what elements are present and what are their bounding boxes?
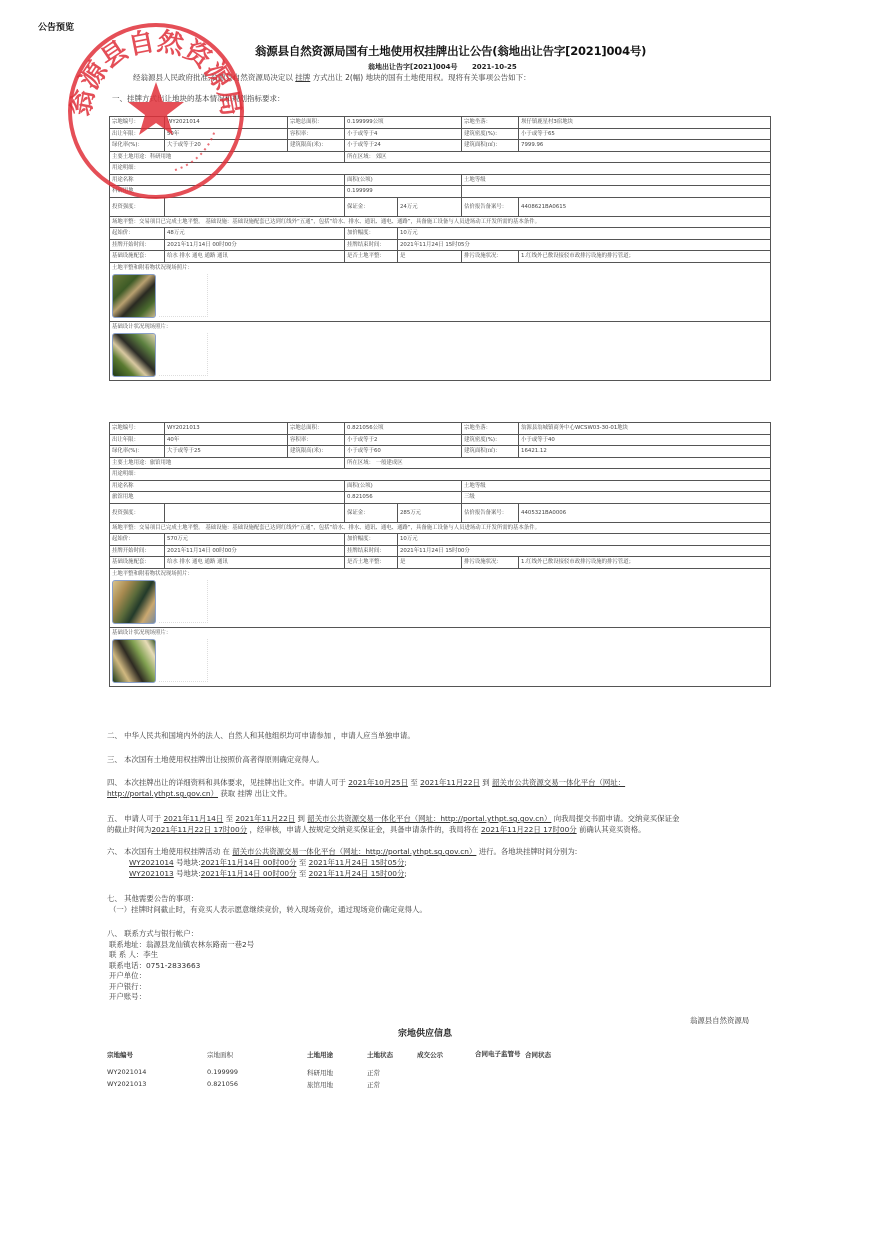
- section-1-heading: 一、挂牌方式出让地块的基本情况和规划指标要求：: [112, 93, 285, 104]
- schedule-line-1: WY2021014 号地块:2021年11月14日 00时00分 至 2021年…: [107, 857, 577, 868]
- document-subheader: 翁地出让告字[2021]004号 2021-10-25: [368, 62, 529, 72]
- parcel-no: WY2021013: [165, 423, 288, 435]
- supply-info-table: 宗地编号 宗地面积 土地用途 土地状态 成交公示 合同电子监管号 合同状态 WY…: [107, 1042, 585, 1090]
- total-area: 0.199999公顷: [345, 117, 462, 129]
- supply-info-title: 宗地供应信息: [398, 1026, 452, 1039]
- infra-photo-thumbnail[interactable]: [112, 639, 156, 683]
- contact-address: 联系地址：翁源县龙仙镇农林东路南一巷2号: [109, 940, 254, 951]
- section-5: 五、 申请人可于 2021年11月14日 至 2021年11月22日 到 韶关市…: [107, 813, 679, 835]
- section-2: 二、 中华人民共和国境内外的法人、自然人和其他组织均可申请参加 ，申请人应当单独…: [107, 730, 415, 741]
- platform-link[interactable]: 韶关市公共资源交易一体化平台（网址：http://portal.ythpt.sg…: [232, 847, 476, 856]
- table-row: WY2021013 0.821056 旅馆用地 正常: [107, 1078, 585, 1090]
- section-7: 七、 其他需要公告的事项： （一）挂牌时间截止时，有竞买人表示愿意继续竞价，转入…: [107, 893, 427, 915]
- section-3: 三、 本次国有土地使用权挂牌出让按照价高者得原则确定竞得人。: [107, 754, 324, 765]
- section-4: 四、 本次挂牌出让的详细资料和具体要求，见挂牌出让文件。申请人可于 2021年1…: [107, 777, 625, 799]
- location: 坝仔镇鹿星村3宿地块: [519, 117, 771, 129]
- bank: 开户银行：: [109, 982, 254, 993]
- parcel-table-2: 宗地编号： WY2021013 宗地总面积： 0.821056公顷 宗地坐落： …: [109, 422, 771, 687]
- parcel-table-1: 宗地编号： WY2021014 宗地总面积： 0.199999公顷 宗地坐落： …: [109, 116, 771, 381]
- signoff: 翁源县自然资源局: [690, 1015, 749, 1026]
- section-6: 六、 本次国有土地使用权挂牌活动 在 韶关市公共资源交易一体化平台（网址：htt…: [107, 846, 577, 879]
- contact-person: 联 系 人：李生: [109, 950, 254, 961]
- parcel-no: WY2021014: [165, 117, 288, 129]
- platform-link[interactable]: 韶关市公共资源交易一体化平台（网址：http://portal.ythpt.sg…: [307, 814, 551, 823]
- infra-photo-thumbnail[interactable]: [112, 333, 156, 377]
- platform-url-link[interactable]: http://portal.ythpt.sg.gov.cn）: [107, 789, 218, 798]
- contact-phone: 联系电话：0751-2833663: [109, 961, 254, 972]
- site-condition: 场地平整：交易项目已完成土地平整。 基础设施：基础设施配套已达到红线外“五通”，…: [110, 216, 771, 228]
- site-photo-thumbnail[interactable]: [112, 580, 156, 624]
- platform-link[interactable]: 韶关市公共资源交易一体化平台（网址：: [492, 778, 625, 787]
- document-number: 翁地出让告字[2021]004号: [368, 63, 458, 71]
- schedule-line-2: WY2021013 号地块:2021年11月14日 00时00分 至 2021年…: [107, 868, 577, 879]
- method-text: 挂牌: [295, 73, 310, 82]
- contact-section: 八、 联系方式与银行帐户： 联系地址：翁源县龙仙镇农林东路南一巷2号 联 系 人…: [107, 929, 254, 1003]
- contact-heading: 八、 联系方式与银行帐户：: [107, 929, 254, 940]
- account-unit: 开户单位：: [109, 971, 254, 982]
- preview-label: 公告预览: [38, 20, 74, 33]
- table-row: WY2021014 0.199999 科研用地 正常: [107, 1066, 585, 1078]
- intro-paragraph: 经翁源县人民政府批准,翁源县自然资源局决定以 挂牌 方式出让 2(幅) 地块的国…: [133, 72, 531, 83]
- document-date: 2021-10-25: [472, 63, 517, 71]
- start-price: 48万元: [165, 228, 345, 240]
- document-title: 翁源县自然资源局国有土地使用权挂牌出让公告(翁地出让告字[2021]004号): [255, 43, 646, 59]
- site-photo-thumbnail[interactable]: [112, 274, 156, 318]
- account-number: 开户账号：: [109, 992, 254, 1003]
